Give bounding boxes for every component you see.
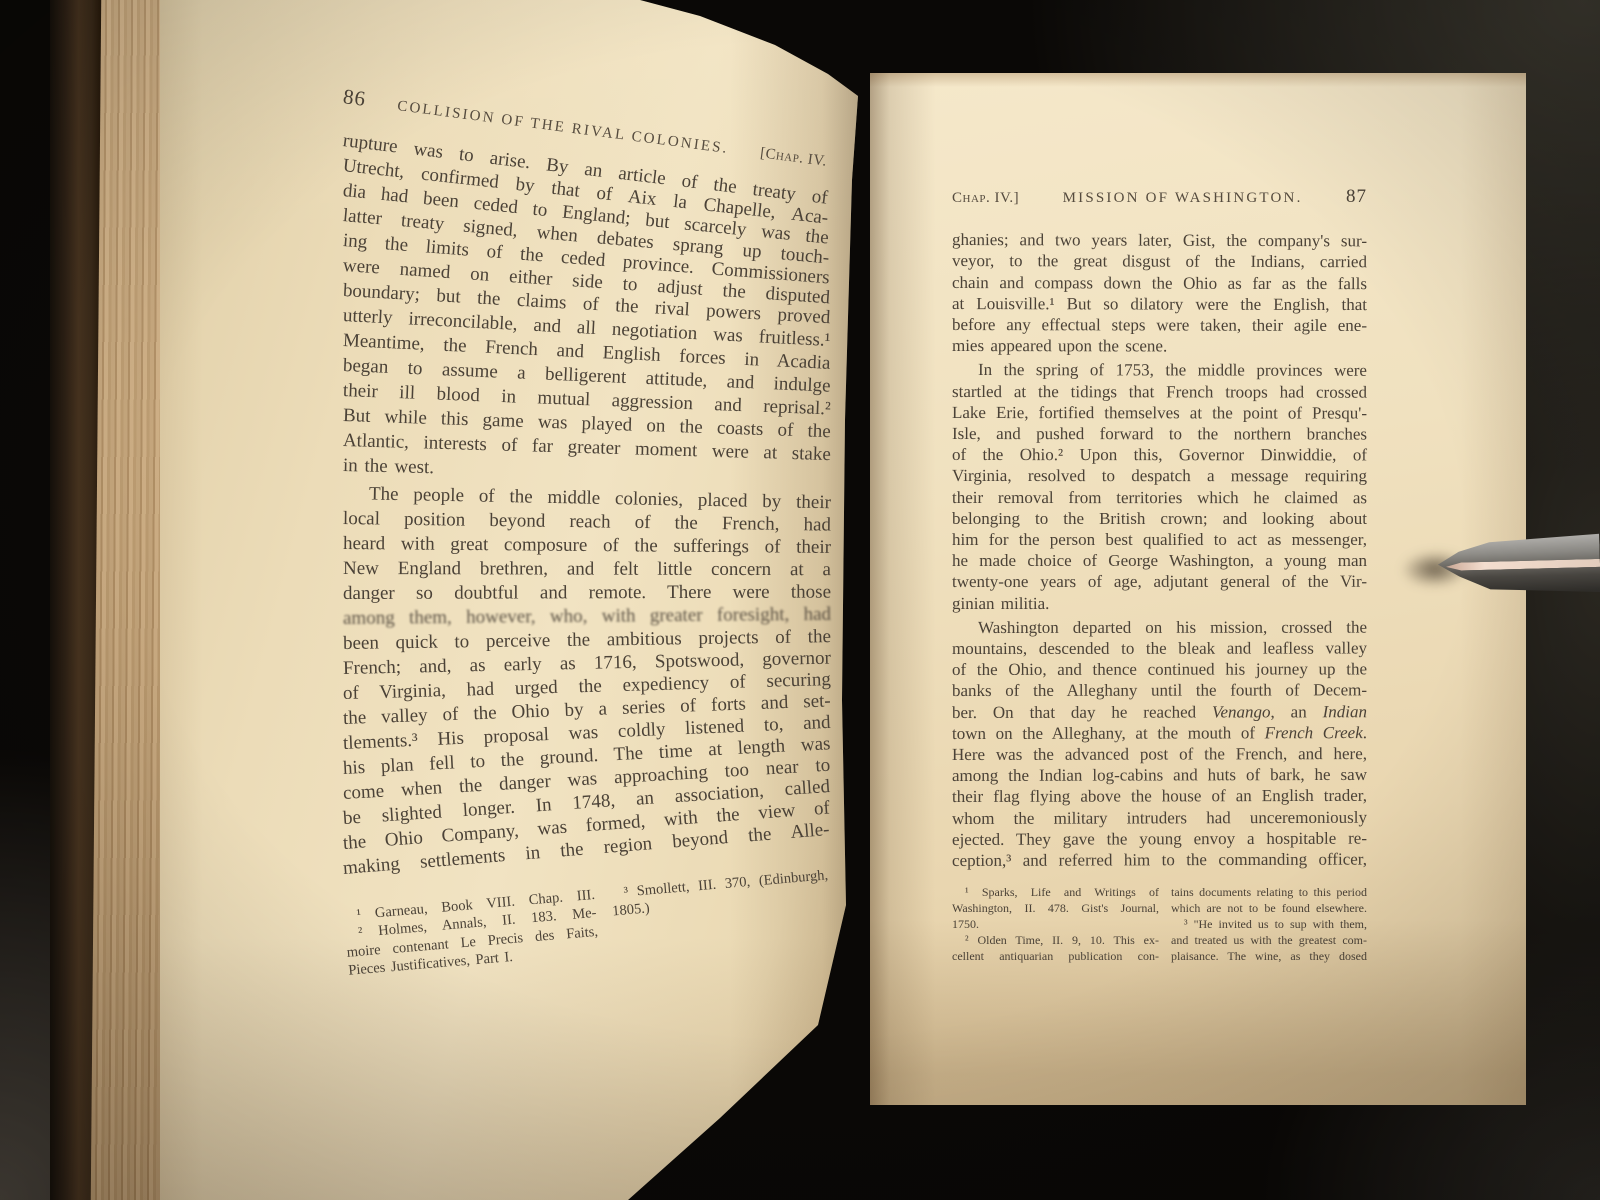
text-line: 1750. [952,917,1159,933]
page-number: 87 [1346,186,1367,207]
text-line: at Louisville.¹ But so dilatory were the… [952,293,1367,315]
text-line: ³ "He invited us to sup with them, [1171,917,1367,933]
footnote-column: tains documents relating to this periodw… [1171,885,1367,965]
text-line: of the Ohio.² Upon this, Governor Dinwid… [952,444,1367,466]
right-page-text: Chap. IV.] MISSION OF WASHINGTON. 87 gha… [952,186,1367,965]
book-photo: 86 COLLISION OF THE RIVAL COLONIES. [Cha… [0,0,1600,1200]
text-line: cellent antiquarian publication con- [952,949,1159,965]
text-line: mountains, descended to the bleak and le… [952,638,1367,660]
text-line: and treated us with the greatest com- [1171,933,1367,949]
left-page-text: 86 COLLISION OF THE RIVAL COLONIES. [Cha… [343,84,831,981]
text-line: Lake Erie, fortified themselves at the p… [952,402,1367,424]
text-line: New England brethren, and felt little co… [343,556,831,582]
text-line: plaisance. The wine, as they dosed [1171,949,1367,965]
text-line: Washington departed on his mission, cros… [952,616,1367,638]
text-line: which are not to be found elsewhere. [1171,901,1367,917]
text-line: ² Olden Time, II. 9, 10. This ex- [952,933,1159,949]
paragraph: rupture was to arise. By an article of t… [343,128,831,478]
text-line: Here was the advanced post of the French… [952,743,1367,765]
text-line: ghanies; and two years later, Gist, the … [952,229,1367,252]
text-line: before any effectual steps were taken, t… [952,314,1367,336]
footnote-column: ¹ Sparks, Life and Writings ofWashington… [952,885,1159,965]
right-page-body: ghanies; and two years later, Gist, the … [952,229,1367,871]
text-line: startled at the tidings that French troo… [952,381,1367,403]
right-page-footnotes: ¹ Sparks, Life and Writings ofWashington… [952,885,1367,965]
text-line: of the Ohio, and thence continued his jo… [952,659,1367,681]
text-line: among the Indian log-cabins and huts of … [952,764,1367,786]
text-line: ber. On that day he reached Venango, an … [952,701,1367,723]
paragraph: In the spring of 1753, the middle provin… [952,359,1367,613]
text-line: ¹ Sparks, Life and Writings of [952,885,1159,901]
text-line: In the spring of 1753, the middle provin… [952,359,1367,381]
running-head: MISSION OF WASHINGTON. [1019,188,1346,209]
text-line: tains documents relating to this period [1171,885,1367,901]
text-line: Washington, II. 478. Gist's Journal, [952,901,1159,917]
text-line: he made choice of George Washington, a y… [952,550,1367,571]
left-page-footnotes: ¹ Garneau, Book VIII. Chap. III.² Holmes… [343,866,835,980]
text-line: chain and compass down the Ohio as far a… [952,272,1367,294]
text-line: twenty-one years of age, adjutant genera… [952,571,1367,592]
chapter-ref: Chap. IV.] [952,188,1019,209]
text-line: veyor, to the great disgust of the India… [952,250,1367,272]
text-line: ejected. They gave the young envoy a hos… [952,828,1367,851]
text-line: whom the military intruders had unceremo… [952,806,1367,828]
text-line: him for the person best qualified to act… [952,529,1367,550]
text-line: banks of the Alleghany until the fourth … [952,680,1367,702]
ballpoint-pen [1437,532,1600,598]
footnote-column: ¹ Garneau, Book VIII. Chap. III.² Holmes… [343,886,600,980]
right-page-header: Chap. IV.] MISSION OF WASHINGTON. 87 [952,186,1367,209]
paragraph: ghanies; and two years later, Gist, the … [952,229,1367,356]
text-line: Virginia, resolved to despatch a message… [952,465,1367,486]
text-line: belonging to the British crown; and look… [952,508,1367,529]
paragraph: Washington departed on his mission, cros… [952,617,1367,871]
text-line: Isle, and pushed forward to the northern… [952,423,1367,445]
page-number: 86 [342,84,368,112]
text-line: town on the Alleghany, at the mouth of F… [952,722,1367,744]
text-line: ception,³ and referred him to the comman… [952,849,1367,872]
paragraph: The people of the middle colonies, place… [343,481,831,881]
left-page-body: rupture was to arise. By an article of t… [343,128,831,881]
text-line: ginian militia. [952,592,1367,613]
text-line: their removal from territories which he … [952,487,1367,508]
text-line: mies appeared upon the scene. [952,335,1367,357]
text-line: their flag flying above the house of an … [952,785,1367,807]
